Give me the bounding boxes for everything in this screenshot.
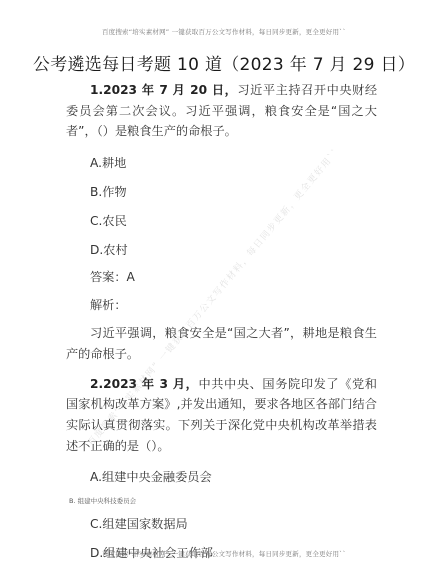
question-1-stem: 1.2023 年 7 月 20 日，习近平主持召开中央财经委员会第二次会议。习近…	[66, 80, 377, 142]
footer-promo-note: 百度搜索“培实素材网” 一键获取百万公文写作材料，每日同步更新，更全更好用``	[0, 549, 448, 558]
header-promo-note: 百度搜索“培实素材网” 一键获取百万公文写作材料，每日同步更新，更全更好用``	[0, 27, 448, 36]
question-1-option-a: A.耕地	[66, 151, 377, 176]
question-1-analysis-label: 解析：	[66, 291, 377, 319]
question-1-answer: 答案：A	[66, 263, 377, 291]
question-2-option-a: A.组建中央金融委员会	[66, 465, 377, 490]
question-2-number: 2.2023 年 3 月，	[90, 377, 198, 391]
document-title: 公考遴选每日考题 10 道（2023 年 7 月 29 日）	[0, 50, 448, 75]
question-1-number: 1.2023 年 7 月 20 日，	[90, 83, 237, 97]
question-2-option-b: B. 组建中央科技委员会	[66, 490, 377, 512]
question-1-option-b: B.作物	[66, 180, 377, 205]
question-2-option-c: C.组建国家数据局	[66, 512, 377, 537]
question-2-stem: 2.2023 年 3 月，中共中央、国务院印发了《党和国家机构改革方案》,并发出…	[66, 374, 377, 457]
question-1-option-d: D.农村	[66, 238, 377, 263]
question-1-option-c: C.农民	[66, 209, 377, 234]
document-body: 1.2023 年 7 月 20 日，习近平主持召开中央财经委员会第二次会议。习近…	[66, 80, 377, 566]
question-1-analysis-text: 习近平强调，粮食安全是“国之大者”，耕地是粮食生产的命根子。	[66, 323, 377, 364]
